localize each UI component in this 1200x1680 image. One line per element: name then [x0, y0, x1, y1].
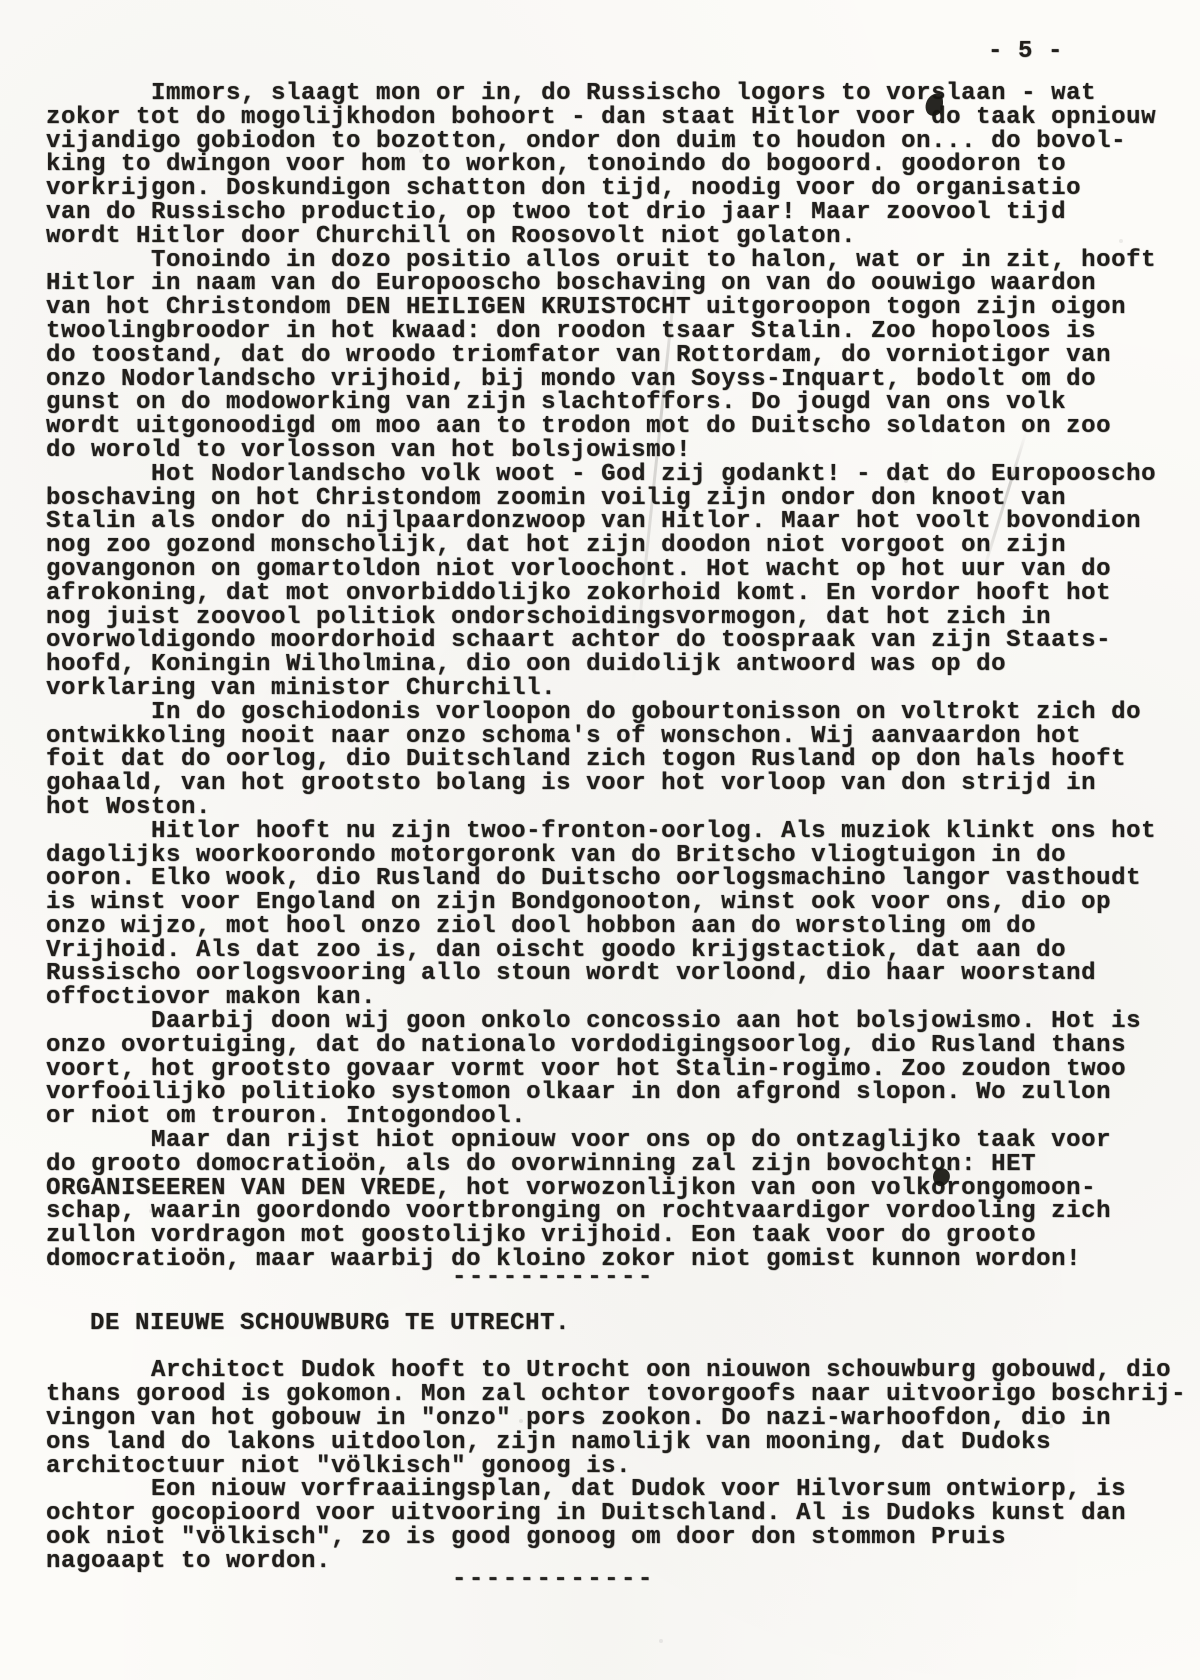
text-line: onzo Nodorlandscho vrijhoid, bij mondo v… — [46, 368, 1196, 392]
text-line: do worold to vorlosson van hot bolsjowis… — [46, 439, 1196, 463]
text-line: hoofd, Koningin Wilholmina, dio oon duid… — [46, 653, 1196, 677]
text-line: do toostand, dat do wroodo triomfator va… — [46, 344, 1196, 368]
text-line: Immors, slaagt mon or in, do Russischo l… — [46, 82, 1196, 106]
paragraph: Eon niouw vorfraaiingsplan, dat Dudok vo… — [46, 1478, 1196, 1573]
text-line: govangonon on gomartoldon niot vorloocho… — [46, 558, 1196, 582]
text-line: twoolingbroodor in hot kwaad: don roodon… — [46, 320, 1196, 344]
text-line: Eon niouw vorfraaiingsplan, dat Dudok vo… — [46, 1478, 1196, 1502]
text-line: gohaald, van hot grootsto bolang is voor… — [46, 772, 1196, 796]
text-line: van do Russischo productio, op twoo tot … — [46, 201, 1196, 225]
text-line: ovorwoldigondo moordorhoid schaart achto… — [46, 629, 1196, 653]
paragraph: Maar dan rijst hiot opniouw voor ons op … — [46, 1129, 1196, 1272]
text-line: nog zoo gozond monscholijk, dat hot zijn… — [46, 534, 1196, 558]
text-line: ons land do lakons uitdoolon, zijn namol… — [46, 1431, 1196, 1455]
text-line: Hitlor hooft nu zijn twoo-fronton-oorlog… — [46, 820, 1196, 844]
text-line: Hot Nodorlandscho volk woot - God zij go… — [46, 463, 1196, 487]
text-line: ochtor gocopioord voor uitvooring in Dui… — [46, 1502, 1196, 1526]
text-line: vijandigo gobiodon to bozotton, ondor do… — [46, 130, 1196, 154]
text-line: foit dat do oorlog, dio Duitschland zich… — [46, 748, 1196, 772]
text-line: is winst voor Engoland on zijn Bondgonoo… — [46, 891, 1196, 915]
paragraph: Daarbij doon wij goon onkolo concossio a… — [46, 1010, 1196, 1129]
paragraph: Immors, slaagt mon or in, do Russischo l… — [46, 82, 1196, 249]
text-line: voort, hot grootsto govaar vormt voor ho… — [46, 1058, 1196, 1082]
document-page: - 5 - Immors, slaagt mon or in, do Russi… — [0, 0, 1200, 1680]
text-line: hot Woston. — [46, 796, 1196, 820]
text-line: ook niot "völkisch", zo is good gonoog o… — [46, 1526, 1196, 1550]
text-line: onzo ovortuiging, dat do nationalo vordo… — [46, 1034, 1196, 1058]
text-line: or niot om trouron. Intogondool. — [46, 1105, 1196, 1129]
text-line: ooron. Elko wook, dio Rusland do Duitsch… — [46, 867, 1196, 891]
text-line: vorkrijgon. Doskundigon schatton don tij… — [46, 177, 1196, 201]
text-line: gunst on do modoworking van zijn slachto… — [46, 391, 1196, 415]
text-line: In do goschiodonis vorloopon do gobourto… — [46, 701, 1196, 725]
text-line: king to dwingon voor hom to workon, tono… — [46, 153, 1196, 177]
section-heading: DE NIEUWE SCHOUWBURG TE UTRECHT. — [46, 1312, 1196, 1336]
text-line: onzo wijzo, mot hool onzo ziol dool hobb… — [46, 915, 1196, 939]
text-line: Stalin als ondor do nijlpaardonzwoop van… — [46, 510, 1196, 534]
text-line: Tonoindo in dozo positio allos oruit to … — [46, 249, 1196, 273]
text-line: do grooto domocratioön, als do ovorwinni… — [46, 1153, 1196, 1177]
text-line: van hot Christondom DEN HEILIGEN KRUISTO… — [46, 296, 1196, 320]
text-line: vorfooilijko politioko systomon olkaar i… — [46, 1081, 1196, 1105]
paragraph: In do goschiodonis vorloopon do gobourto… — [46, 701, 1196, 820]
text-line: afrokoning, dat mot onvorbiddolijko zoko… — [46, 582, 1196, 606]
text-line: Russischo oorlogsvooring allo stoun word… — [46, 962, 1196, 986]
paragraph: Architoct Dudok hooft to Utrocht oon nio… — [46, 1359, 1196, 1478]
text-line: ORGANISEEREN VAN DEN VREDE, hot vorwozon… — [46, 1177, 1196, 1201]
text-line: ontwikkoling nooit naar onzo schoma's of… — [46, 725, 1196, 749]
text-line: zullon vordragon mot goostolijko vrijhoi… — [46, 1224, 1196, 1248]
paragraph: Hitlor hooft nu zijn twoo-fronton-oorlog… — [46, 820, 1196, 1010]
text-line: architoctuur niot "völkisch" gonoog is. — [46, 1455, 1196, 1479]
scan-noise — [0, 0, 2, 2]
text-line: wordt uitgonoodigd om moo aan to trodon … — [46, 415, 1196, 439]
text-line: wordt Hitlor door Churchill on Roosovolt… — [46, 225, 1196, 249]
text-line: thans gorood is gokomon. Mon zal ochtor … — [46, 1383, 1196, 1407]
text-line: vorklaring van ministor Churchill. — [46, 677, 1196, 701]
paragraph: Tonoindo in dozo positio allos oruit to … — [46, 249, 1196, 463]
text-line: Vrijhoid. Als dat zoo is, dan oischt goo… — [46, 939, 1196, 963]
page-number: - 5 - — [988, 40, 1063, 64]
text-line: schap, waarin goordondo voortbronging on… — [46, 1200, 1196, 1224]
text-line: Maar dan rijst hiot opniouw voor ons op … — [46, 1129, 1196, 1153]
text-line: dagolijks woorkoorondo motorgoronk van d… — [46, 844, 1196, 868]
text-line: nog juist zoovool politiok ondorschoidin… — [46, 606, 1196, 630]
document-body: Immors, slaagt mon or in, do Russischo l… — [46, 82, 1196, 1591]
text-line: Hitlor in naam van do Europooscho boscha… — [46, 272, 1196, 296]
text-line: Daarbij doon wij goon onkolo concossio a… — [46, 1010, 1196, 1034]
text-line: vingon van hot gobouw in "onzo" pors zoo… — [46, 1407, 1196, 1431]
text-line: Architoct Dudok hooft to Utrocht oon nio… — [46, 1359, 1196, 1383]
text-line: boschaving on hot Christondom zoomin voi… — [46, 487, 1196, 511]
text-line: offoctiovor makon kan. — [46, 986, 1196, 1010]
text-line: zokor tot do mogolijkhodon bohoort - dan… — [46, 106, 1196, 130]
paragraph: Hot Nodorlandscho volk woot - God zij go… — [46, 463, 1196, 701]
